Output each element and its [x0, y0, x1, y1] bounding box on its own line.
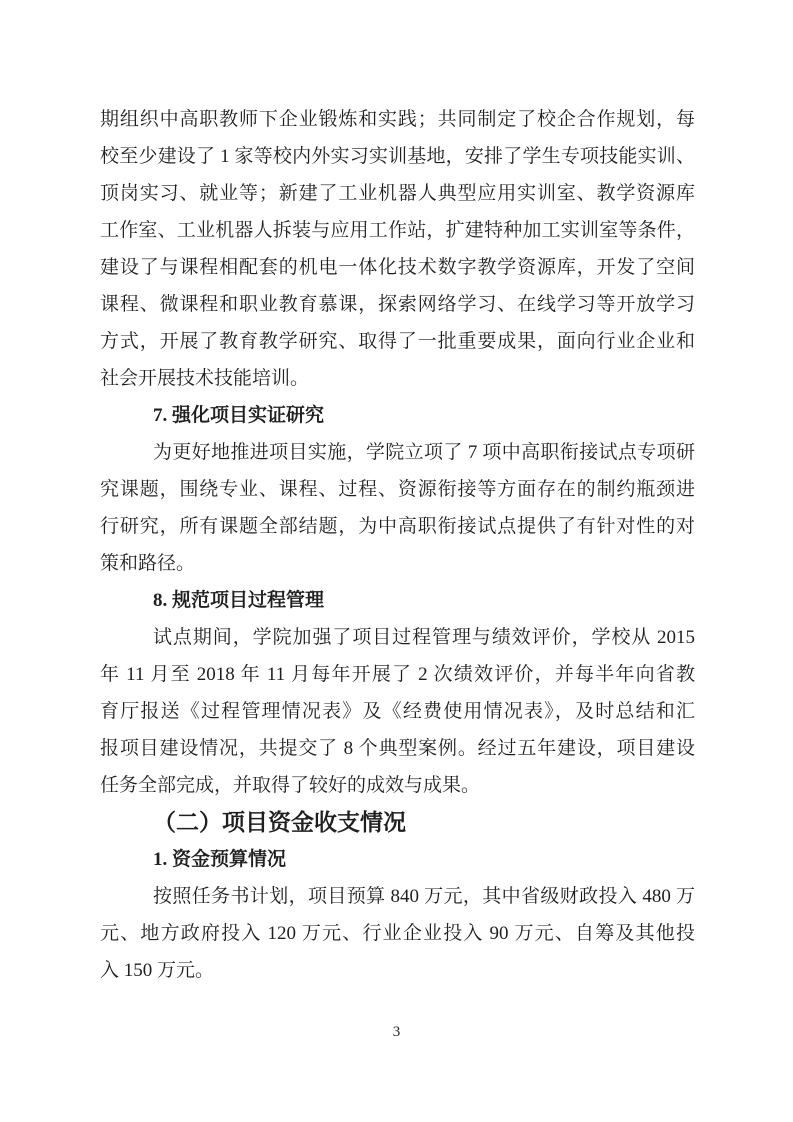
heading-7: 7. 强化项目实证研究 — [100, 397, 695, 434]
text-line: 行研究，所有课题全部结题，为中高职衔接试点提供了有针对性的对 — [100, 508, 695, 545]
text-line: 社会开展技术技能培训。 — [100, 360, 695, 397]
page-number: 3 — [0, 1022, 793, 1042]
text-line: 工作室、工业机器人拆装与应用工作站，扩建特种加工实训室等条件， — [100, 212, 695, 249]
document-page: 期组织中高职教师下企业锻炼和实践；共同制定了校企合作规划，每校至少建设了 1 家… — [0, 0, 793, 1122]
text-line: 期组织中高职教师下企业锻炼和实践；共同制定了校企合作规划，每 — [100, 101, 695, 138]
text-line: 试点期间，学院加强了项目过程管理与绩效评价，学校从 2015 — [100, 619, 695, 656]
text-line: 按照任务书计划，项目预算 840 万元，其中省级财政投入 480 万 — [100, 878, 695, 915]
text-line: 为更好地推进项目实施，学院立项了 7 项中高职衔接试点专项研 — [100, 434, 695, 471]
text-line: 建设了与课程相配套的机电一体化技术数字教学资源库，开发了空间 — [100, 249, 695, 286]
text-line: 元、地方政府投入 120 万元、行业企业投入 90 万元、自筹及其他投 — [100, 915, 695, 952]
heading-section-2: （二）项目资金收支情况 — [100, 804, 695, 841]
text-line: 任务全部完成，并取得了较好的成效与成果。 — [100, 767, 695, 804]
heading-8: 8. 规范项目过程管理 — [100, 582, 695, 619]
text-line: 年 11 月至 2018 年 11 月每年开展了 2 次绩效评价，并每半年向省教 — [100, 656, 695, 693]
text-line: 顶岗实习、就业等；新建了工业机器人典型应用实训室、教学资源库 — [100, 175, 695, 212]
heading-1-budget: 1. 资金预算情况 — [100, 841, 695, 878]
text-line: 入 150 万元。 — [100, 952, 695, 989]
text-line: 策和路径。 — [100, 545, 695, 582]
text-line: 究课题，围绕专业、课程、过程、资源衔接等方面存在的制约瓶颈进 — [100, 471, 695, 508]
text-line: 方式，开展了教育教学研究、取得了一批重要成果，面向行业企业和 — [100, 323, 695, 360]
document-body: 期组织中高职教师下企业锻炼和实践；共同制定了校企合作规划，每校至少建设了 1 家… — [100, 101, 695, 989]
text-line: 育厅报送《过程管理情况表》及《经费使用情况表》，及时总结和汇 — [100, 693, 695, 730]
text-line: 报项目建设情况，共提交了 8 个典型案例。经过五年建设，项目建设 — [100, 730, 695, 767]
text-line: 课程、微课程和职业教育慕课，探索网络学习、在线学习等开放学习 — [100, 286, 695, 323]
text-line: 校至少建设了 1 家等校内外实习实训基地，安排了学生专项技能实训、 — [100, 138, 695, 175]
